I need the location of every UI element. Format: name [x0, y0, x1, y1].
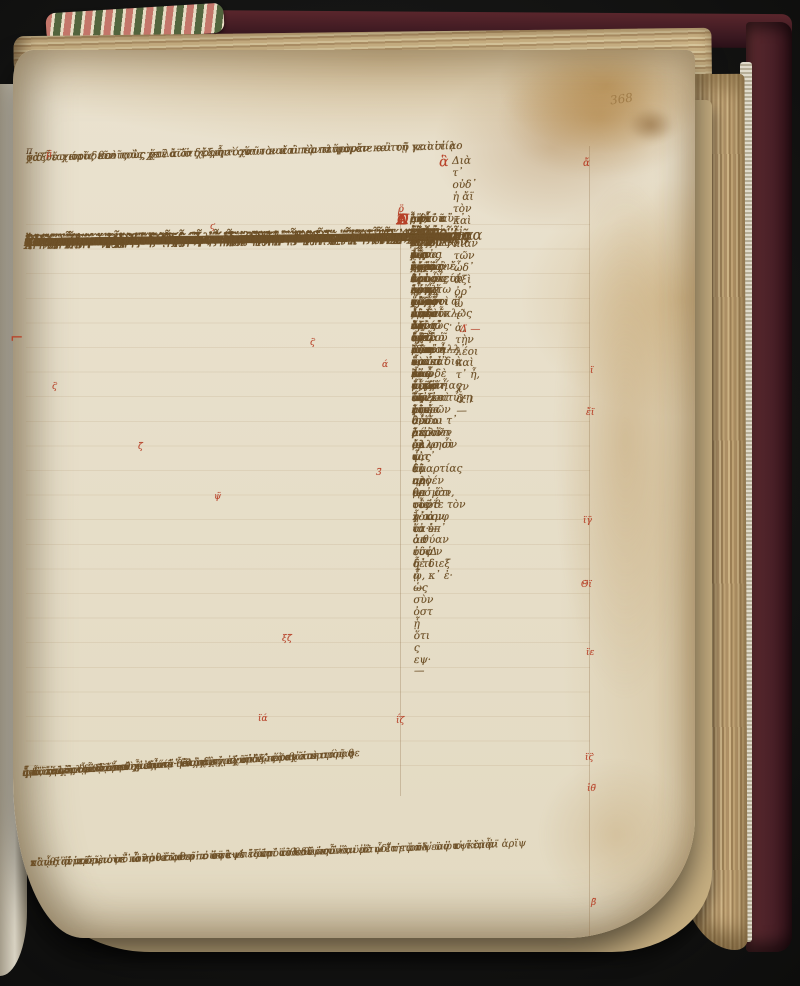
rubric-mark: ϛ̈ — [52, 382, 57, 392]
rubric-mark: Θ̈ϊ — [581, 580, 592, 590]
rubric-mark: ἰθ̈ — [587, 784, 596, 794]
rubric-mark: ψ̈ — [214, 492, 221, 502]
rubric-mark: ά — [382, 360, 388, 370]
rubric-mark: μ̈ — [46, 150, 52, 160]
rubric-mark: ϊϛ̈ — [585, 753, 594, 763]
rubric-mark: ϊά — [258, 714, 268, 724]
rubric-mark: ἔϊ — [586, 408, 594, 418]
rubric-mark: ϛ — [210, 222, 215, 232]
rubric-mark: ἄ — [583, 158, 590, 169]
rubric-mark: ⌐ — [10, 328, 23, 347]
rubric-mark: Δ̈ — — [460, 324, 480, 335]
rubric-mark: ΐζ — [396, 716, 404, 726]
manuscript-photo: 368 ὁ δ᾽ ἔτι τοῖς θεοῖς ὡς ὅτε τῶν χρεῶν… — [0, 0, 800, 986]
rubric-mark: ϛ̈ — [310, 338, 315, 348]
rubric-mark: 3̈ — [376, 468, 382, 478]
rubric-mark: ϊγ̈ — [583, 516, 592, 526]
rubric-mark: ρ̈ — [398, 204, 404, 215]
rubric-mark: ϊε — [586, 648, 594, 658]
rubric-mark: ϊ — [590, 366, 594, 376]
rubric-mark: ζ̈ — [138, 442, 143, 452]
rubric-mark: β̈ — [591, 898, 596, 908]
rubric-mark: ξζ̈ — [282, 634, 292, 644]
rubric-mark: π — [26, 146, 33, 157]
rubric-marks-layer: ρ̈ἄΔ̈ —ϊἔϊϊγ̈Θ̈ϊϊεϊϛ̈ἰθ̈β̈⌐ϛ̈ϛ̈άζ̈3̈ψ̈ξζ… — [0, 0, 800, 986]
